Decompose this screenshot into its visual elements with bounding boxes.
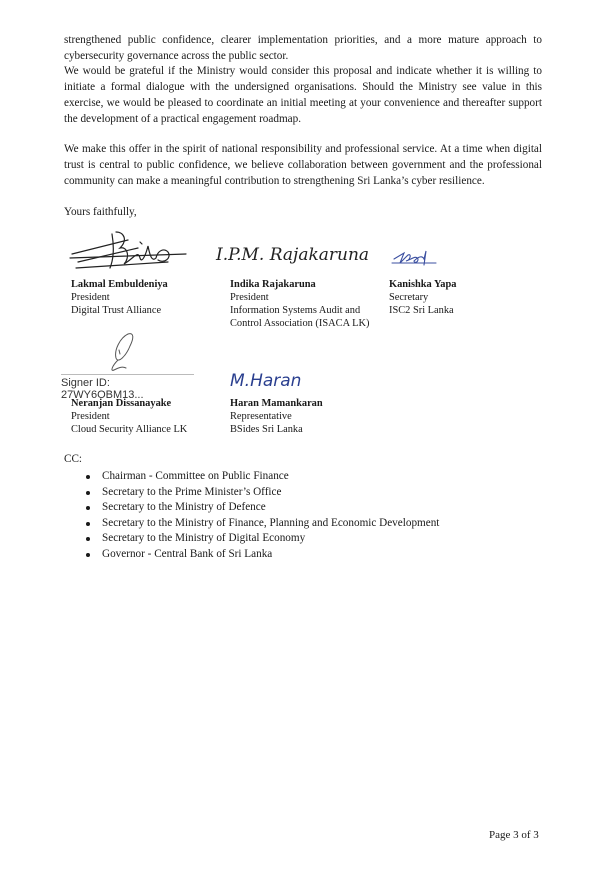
signatory-organisation: Digital Trust Alliance	[71, 304, 168, 317]
cc-item: Governor - Central Bank of Sri Lanka	[84, 547, 439, 563]
letter-page: strengthened public confidence, clearer …	[0, 0, 600, 869]
cc-item: Secretary to the Ministry of Digital Eco…	[84, 531, 439, 547]
signatory-title: President	[230, 291, 369, 304]
signatory-organisation: BSides Sri Lanka	[230, 423, 323, 436]
signatory-haran: Haran Mamankaran Representative BSides S…	[230, 397, 323, 436]
page-number: Page 3 of 3	[489, 829, 539, 841]
cc-item: Chairman - Committee on Public Finance	[84, 469, 439, 485]
signature-haran: M.Haran	[228, 366, 328, 392]
signatory-name: Haran Mamankaran	[230, 397, 323, 410]
signatory-title: Representative	[230, 410, 323, 423]
signatory-organisation: ISC2 Sri Lanka	[389, 304, 456, 317]
paragraph-offer: We make this offer in the spirit of nati…	[64, 141, 542, 189]
signature-indika: I.P.M. Rajakaruna	[214, 238, 374, 268]
signatory-indika: Indika Rajakaruna President Information …	[230, 278, 369, 330]
svg-text:I.P.M. Rajakaruna: I.P.M. Rajakaruna	[215, 245, 369, 265]
signature-neranjan	[100, 330, 150, 375]
signatory-name: Lakmal Embuldeniya	[71, 278, 168, 291]
signatory-name: Kanishka Yapa	[389, 278, 456, 291]
cc-item: Secretary to the Ministry of Finance, Pl…	[84, 516, 439, 532]
closing-salutation: Yours faithfully,	[64, 206, 137, 218]
signatory-title: President	[71, 410, 187, 423]
signatory-name: Neranjan Dissanayake	[71, 397, 187, 410]
signatory-title: Secretary	[389, 291, 456, 304]
cc-item: Secretary to the Prime Minister’s Office	[84, 485, 439, 501]
signatory-kanishka: Kanishka Yapa Secretary ISC2 Sri Lanka	[389, 278, 456, 317]
signatory-organisation: Information Systems Audit and	[230, 304, 369, 317]
paragraph-request: We would be grateful if the Ministry wou…	[64, 63, 542, 127]
signatory-lakmal: Lakmal Embuldeniya President Digital Tru…	[71, 278, 168, 317]
signature-kanishka	[390, 247, 440, 269]
signatory-name: Indika Rajakaruna	[230, 278, 369, 291]
signatory-neranjan: Neranjan Dissanayake President Cloud Sec…	[71, 397, 187, 436]
signatory-organisation-cont: Control Association (ISACA LK)	[230, 317, 369, 330]
cc-list: Chairman - Committee on Public Finance S…	[84, 469, 439, 563]
signatory-title: President	[71, 291, 168, 304]
signatory-organisation: Cloud Security Alliance LK	[71, 423, 187, 436]
svg-text:M.Haran: M.Haran	[230, 371, 301, 391]
paragraph-confidence: strengthened public confidence, clearer …	[64, 32, 542, 64]
signature-lakmal	[68, 228, 198, 274]
cc-label: CC:	[64, 453, 82, 465]
cc-item: Secretary to the Ministry of Defence	[84, 500, 439, 516]
